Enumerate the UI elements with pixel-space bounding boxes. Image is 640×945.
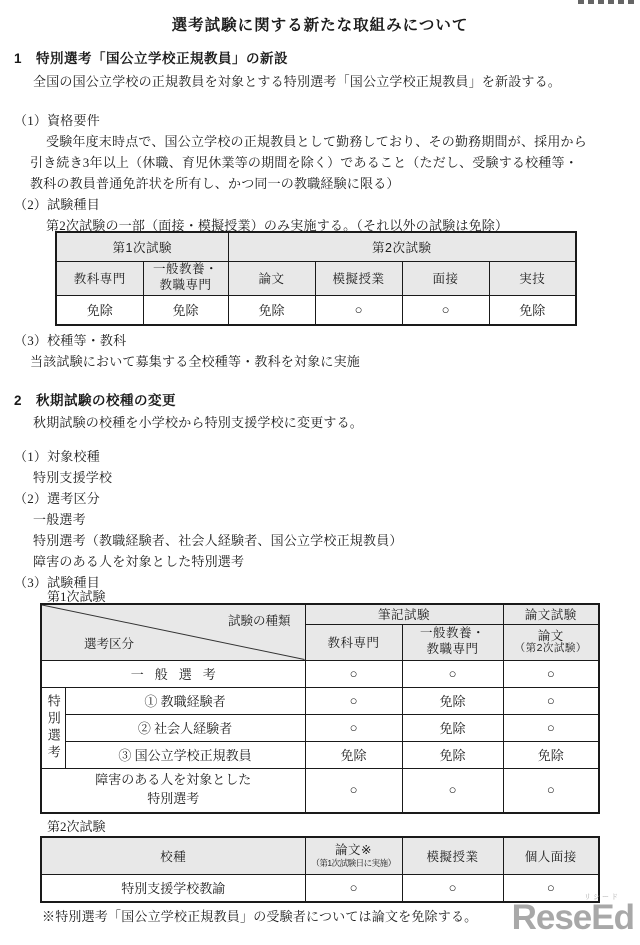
table1-col-header: 一般教養・ 教職専門 bbox=[143, 261, 228, 295]
clipped-text-fragment bbox=[578, 0, 635, 4]
section1-item1-line2: 引き続き3年以上（休職、育児休業等の期間を除く）であること（ただし、受験する校種… bbox=[30, 152, 578, 171]
section1-item2-label: （2）試験種目 bbox=[14, 194, 100, 213]
table1-cell: 免除 bbox=[143, 295, 228, 325]
table1-cell: ○ bbox=[315, 295, 402, 325]
section2-item1-body: 特別支援学校 bbox=[33, 467, 112, 486]
exam-exemption-table: 第1次試験 第2次試験 教科専門 一般教養・ 教職専門 論文 模擬授業 面接 実… bbox=[55, 231, 577, 326]
table2-cell: ○ bbox=[503, 768, 599, 813]
table1-cell: 免除 bbox=[56, 295, 143, 325]
table2-cell: ○ bbox=[402, 660, 503, 687]
table2-disability-selection-label: 障害のある人を対象とした 特別選考 bbox=[41, 768, 305, 813]
table1-col-header: 論文 bbox=[228, 261, 315, 295]
table2-corner-bottom-label: 選考区分 bbox=[84, 634, 134, 652]
section2-intro: 秋期試験の校種を小学校から特別支援学校に変更する。 bbox=[33, 412, 363, 431]
reseed-logo: リシード ReseEd bbox=[512, 892, 634, 934]
table2-cell: ○ bbox=[305, 687, 402, 714]
table2-general-selection-label: 一般選考 bbox=[41, 660, 305, 687]
table3-cell: ○ bbox=[402, 874, 503, 902]
table2-col-header: 教科専門 bbox=[305, 624, 402, 660]
first-exam-table: 試験の種類 選考区分 筆記試験 論文試験 教科専門 一般教養・ 教職専門 論文 … bbox=[40, 603, 600, 814]
table1-col-header: 教科専門 bbox=[56, 261, 143, 295]
table2-diagonal-header-cell: 試験の種類 選考区分 bbox=[41, 604, 305, 660]
table3-essay-header: 論文※ （第1次試験日に実施） bbox=[305, 837, 402, 874]
table2-row-label: ③ 国公立学校正規教員 bbox=[65, 741, 305, 768]
section2-item2-line2: 特別選考（教職経験者、社会人経験者、国公立学校正規教員） bbox=[33, 530, 403, 549]
section1-intro: 全国の国公立学校の正規教員を対象とする特別選考「国公立学校正規教員」を新設する。 bbox=[33, 71, 561, 90]
table1-col-header: 実技 bbox=[489, 261, 576, 295]
section1-item3-label: （3）校種等・教科 bbox=[14, 330, 126, 349]
table2-cell: 免除 bbox=[402, 687, 503, 714]
table1-col-header: 面接 bbox=[402, 261, 489, 295]
page-title: 選考試験に関する新たな取組みについて bbox=[0, 13, 640, 35]
section1-item1-line1: 受験年度末時点で、国公立学校の正規教員として勤務しており、その勤務期間が、採用か… bbox=[46, 131, 587, 150]
footnote: ※特別選考「国公立学校正規教員」の受験者については論文を免除する。 bbox=[42, 906, 477, 925]
reseed-logo-wordmark: ReseEd bbox=[512, 902, 634, 934]
section2-item2-line1: 一般選考 bbox=[33, 509, 86, 528]
table2-cell: ○ bbox=[305, 660, 402, 687]
table1-cell: 免除 bbox=[228, 295, 315, 325]
table2-row-label: ① 教職経験者 bbox=[65, 687, 305, 714]
table2-cell: ○ bbox=[503, 687, 599, 714]
section2-item2-label: （2）選考区分 bbox=[14, 488, 100, 507]
table3-mock-lesson-header: 模擬授業 bbox=[402, 837, 503, 874]
section2-heading: 2 秋期試験の校種の変更 bbox=[14, 389, 176, 409]
section2-item1-label: （1）対象校種 bbox=[14, 446, 100, 465]
table2-essay-exam-header: 論文試験 bbox=[503, 604, 599, 624]
table2-corner-top-label: 試験の種類 bbox=[228, 611, 291, 629]
table2-cell: ○ bbox=[503, 714, 599, 741]
document-page: 選考試験に関する新たな取組みについて 1 特別選考「国公立学校正規教員」の新設 … bbox=[0, 0, 640, 945]
second-exam-caption: 第2次試験 bbox=[47, 816, 106, 835]
table2-cell: 免除 bbox=[402, 714, 503, 741]
table3-school-type-header: 校種 bbox=[41, 837, 305, 874]
table3-cell: ○ bbox=[305, 874, 402, 902]
table2-cell: ○ bbox=[305, 768, 402, 813]
table2-cell: ○ bbox=[402, 768, 503, 813]
table2-cell: 免除 bbox=[402, 741, 503, 768]
section1-item1-line3: 教科の教員普通免許状を所有し、かつ同一の教職経験に限る） bbox=[30, 173, 400, 192]
table2-row-label: ② 社会人経験者 bbox=[65, 714, 305, 741]
table1-cell: ○ bbox=[402, 295, 489, 325]
table2-col-header: 一般教養・ 教職専門 bbox=[402, 624, 503, 660]
section1-item3-body: 当該試験において募集する全校種等・教科を対象に実施 bbox=[30, 351, 360, 370]
table1-col-header: 模擬授業 bbox=[315, 261, 402, 295]
section1-item1-label: （1）資格要件 bbox=[14, 110, 100, 129]
section2-item2-line3: 障害のある人を対象とした特別選考 bbox=[33, 551, 244, 570]
table2-essay-col-header: 論文 （第2次試験） bbox=[503, 624, 599, 660]
table2-cell: ○ bbox=[503, 660, 599, 687]
table1-first-exam-header: 第1次試験 bbox=[56, 232, 228, 261]
table1-second-exam-header: 第2次試験 bbox=[228, 232, 576, 261]
table2-cell: 免除 bbox=[305, 741, 402, 768]
table2-written-exam-header: 筆記試験 bbox=[305, 604, 503, 624]
section1-heading: 1 特別選考「国公立学校正規教員」の新設 bbox=[14, 47, 288, 67]
table3-row-label: 特別支援学校教諭 bbox=[41, 874, 305, 902]
table1-cell: 免除 bbox=[489, 295, 576, 325]
table2-cell: 免除 bbox=[503, 741, 599, 768]
table2-cell: ○ bbox=[305, 714, 402, 741]
table2-special-group-label: 特別選考 bbox=[41, 687, 65, 768]
table3-interview-header: 個人面接 bbox=[503, 837, 599, 874]
